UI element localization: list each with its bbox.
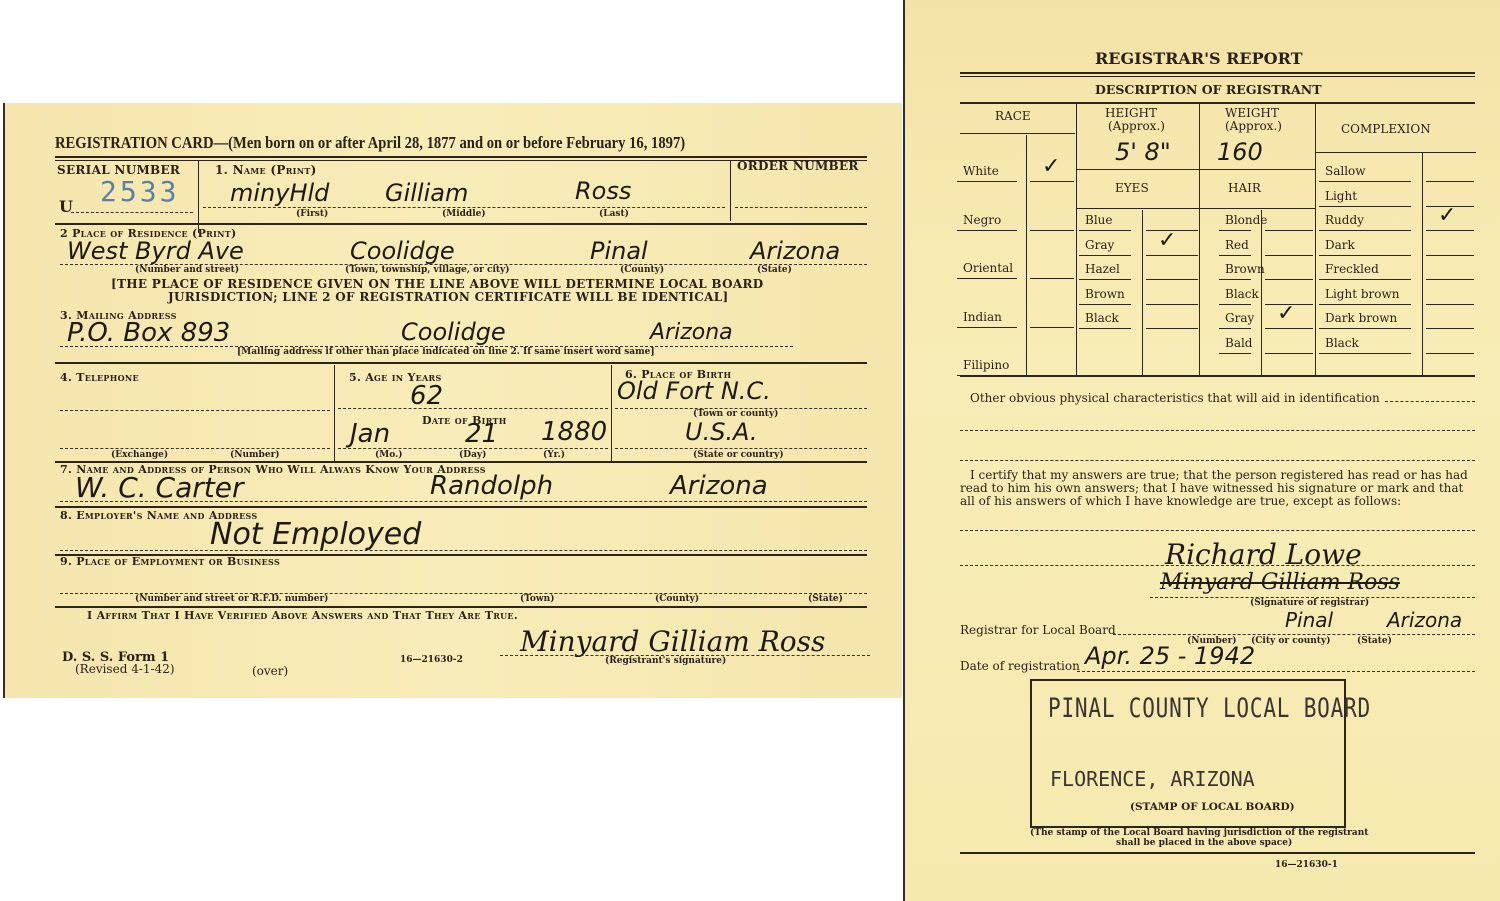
name-middle: Gilliam <box>385 179 468 207</box>
sub-number: (Number) <box>230 450 280 460</box>
sub-state: (State) <box>757 265 792 275</box>
height-value: 5' 8" <box>1115 138 1171 166</box>
back-form-code: 16—21630-1 <box>1275 860 1338 870</box>
stamp-caption: (STAMP OF LOCAL BOARD) <box>1130 801 1295 813</box>
complexion-option-label: Dark brown <box>1325 311 1397 325</box>
stamp-line-2: FLORENCE, ARIZONA <box>1050 767 1255 791</box>
serial-prefix: U <box>59 197 73 216</box>
certify-line-2: read to him his own answers; that I have… <box>960 481 1463 495</box>
certify-line-3: all of his answers of which I have knowl… <box>960 494 1401 508</box>
residence-notice-2: JURISDICTION; LINE 2 OF REGISTRATION CER… <box>168 290 728 304</box>
residence-town: Coolidge <box>350 237 455 265</box>
race-option-label: Oriental <box>963 261 1013 275</box>
residence-street: West Byrd Ave <box>67 237 244 265</box>
hair-option-label: Brown <box>1225 262 1265 276</box>
sub-mo: (Mo.) <box>375 450 402 460</box>
header-eyes: EYES <box>1115 181 1149 195</box>
mailing-box: P.O. Box 893 <box>67 318 230 348</box>
race-option-label: Filipino <box>963 358 1009 372</box>
birthplace-town: Old Fort N.C. <box>617 377 771 405</box>
sub-board-city: (City or county) <box>1251 636 1330 646</box>
header-weight: WEIGHT <box>1225 106 1279 120</box>
date-of-registration-label: Date of registration <box>960 659 1080 673</box>
mailing-state: Arizona <box>650 320 733 345</box>
other-characteristics-label: Other obvious physical characteristics t… <box>970 391 1380 405</box>
check-mark-icon: ✓ <box>1158 228 1176 253</box>
local-board-state: Arizona <box>1387 608 1462 632</box>
sub-day: (Day) <box>459 450 486 460</box>
check-mark-icon: ✓ <box>1277 301 1295 326</box>
contact-state: Arizona <box>670 471 768 501</box>
stamp-note-1: (The stamp of the Local Board having jur… <box>1030 828 1368 838</box>
check-mark-icon: ✓ <box>1438 203 1456 228</box>
employer-value: Not Employed <box>210 517 421 552</box>
eyes-option-label: Black <box>1085 311 1119 325</box>
sub-yr: (Yr.) <box>543 450 565 460</box>
mailing-town: Coolidge <box>401 318 506 346</box>
complexion-option-label: Light <box>1325 189 1357 203</box>
mailing-sub: [Mailing address if other than place ind… <box>237 347 655 357</box>
race-option-label: Negro <box>963 213 1001 227</box>
residence-notice-1: [THE PLACE OF RESIDENCE GIVEN ON THE LIN… <box>111 277 763 291</box>
check-mark-icon: ✓ <box>1042 154 1060 179</box>
over-label: (over) <box>252 664 288 678</box>
employment-place-label: 9. Place of Employment or Business <box>60 555 280 568</box>
sub-middle: (Middle) <box>442 209 486 219</box>
form-revised: (Revised 4-1-42) <box>75 662 175 676</box>
complexion-option-label: Light brown <box>1325 287 1400 301</box>
hair-option-label: Bald <box>1225 336 1253 350</box>
birthplace-country: U.S.A. <box>685 418 758 446</box>
complexion-option-label: Dark <box>1325 238 1355 252</box>
eyes-option-label: Hazel <box>1085 262 1120 276</box>
registrant-signature: Minyard Gilliam Ross <box>520 625 825 658</box>
sub-last: (Last) <box>599 209 629 219</box>
complexion-option-label: Sallow <box>1325 164 1366 178</box>
complexion-option-label: Black <box>1325 336 1359 350</box>
eyes-option-label: Blue <box>1085 213 1113 227</box>
complexion-option-label: Ruddy <box>1325 213 1364 227</box>
registrar-signature-label: (Signature of registrar) <box>1250 598 1369 608</box>
telephone-label: 4. Telephone <box>60 371 139 384</box>
order-number-label: ORDER NUMBER <box>737 159 859 173</box>
registration-card-front: REGISTRATION CARD—(Men born on or after … <box>3 103 902 698</box>
hair-option-label: Blonde <box>1225 213 1267 227</box>
report-subtitle: DESCRIPTION OF REGISTRANT <box>1095 82 1322 97</box>
sub-rfd: (Number and street or R.F.D. number) <box>135 594 328 604</box>
serial-number-value: 2533 <box>100 175 179 208</box>
date-of-registration-value: Apr. 25 - 1942 <box>1085 642 1255 670</box>
registrars-report-back: REGISTRAR'S REPORT DESCRIPTION OF REGIST… <box>903 0 1500 901</box>
eyes-option-label: Brown <box>1085 287 1125 301</box>
sub-emp-state: (State) <box>808 594 843 604</box>
race-option-label: White <box>963 164 999 178</box>
name-label: 1. Name (Print) <box>215 163 317 177</box>
dob-day: 21 <box>465 419 498 449</box>
eyes-option-label: Gray <box>1085 238 1114 252</box>
dob-year: 1880 <box>541 417 607 447</box>
stamp-line-1: PINAL COUNTY LOCAL BOARD <box>1048 693 1371 724</box>
header-weight-approx: (Approx.) <box>1225 119 1282 133</box>
name-last: Ross <box>575 177 631 205</box>
hair-option-label: Gray <box>1225 311 1254 325</box>
sub-state-country: (State or country) <box>693 450 784 460</box>
hair-option-label: Red <box>1225 238 1249 252</box>
certify-line-1: I certify that my answers are true; that… <box>970 468 1468 482</box>
name-first: minyHld <box>230 179 329 207</box>
card-title: REGISTRATION CARD—(Men born on or after … <box>55 133 685 153</box>
stamp-note-2: shall be placed in the above space) <box>1116 838 1292 848</box>
sub-emp-town: (Town) <box>520 594 554 604</box>
affirm-text: I Affirm That I Have Verified Above Answ… <box>87 609 518 622</box>
local-board-county: Pinal <box>1285 608 1333 632</box>
dob-month: Jan <box>350 419 390 449</box>
header-complexion: COMPLEXION <box>1341 122 1431 136</box>
complexion-option-label: Freckled <box>1325 262 1379 276</box>
weight-value: 160 <box>1217 138 1263 166</box>
registrar-signature: Richard Lowe <box>1165 538 1362 571</box>
header-height-approx: (Approx.) <box>1108 119 1165 133</box>
sub-emp-county: (County) <box>655 594 699 604</box>
sub-town: (Town, township, village, or city) <box>345 265 510 275</box>
report-title: REGISTRAR'S REPORT <box>1095 49 1303 68</box>
sub-street: (Number and street) <box>135 265 239 275</box>
local-board-label: Registrar for Local Board <box>960 623 1116 637</box>
sub-first: (First) <box>296 209 328 219</box>
registrant-signature-back: Minyard Gilliam Ross <box>1160 570 1400 595</box>
header-race: RACE <box>995 109 1031 123</box>
hair-option-label: Black <box>1225 287 1259 301</box>
sub-county: (County) <box>620 265 664 275</box>
local-board-stamp-box: PINAL COUNTY LOCAL BOARD FLORENCE, ARIZO… <box>1030 679 1346 828</box>
residence-state: Arizona <box>750 237 840 265</box>
signature-label: (Registrant's signature) <box>605 656 726 666</box>
race-option-label: Indian <box>963 310 1002 324</box>
header-height: HEIGHT <box>1105 106 1157 120</box>
form-code: 16—21630-2 <box>400 655 463 665</box>
age-value: 62 <box>410 381 443 411</box>
sub-board-state: (State) <box>1357 636 1392 646</box>
contact-name: W. C. Carter <box>75 471 244 504</box>
header-hair: HAIR <box>1228 181 1261 195</box>
contact-town: Randolph <box>430 471 553 501</box>
sub-exchange: (Exchange) <box>111 450 168 460</box>
residence-county: Pinal <box>590 237 648 265</box>
